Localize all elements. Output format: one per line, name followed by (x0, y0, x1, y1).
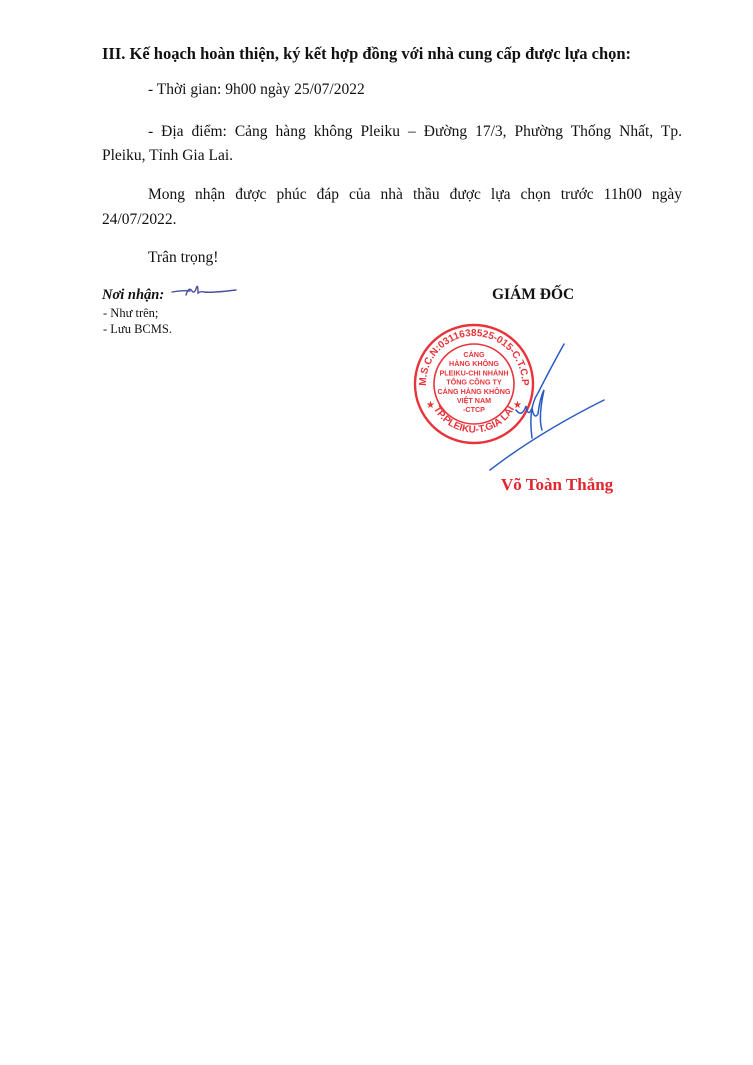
recipient-item: - Lưu BCMS. (103, 322, 172, 337)
director-signature-icon (488, 338, 608, 478)
location-line-1: - Địa điểm: Cảng hàng không Pleiku – Đườ… (148, 123, 682, 141)
svg-text:★: ★ (426, 400, 435, 411)
section-heading: III. Kế hoạch hoàn thiện, ký kết hợp đồn… (102, 44, 631, 64)
time-line: - Thời gian: 9h00 ngày 25/07/2022 (148, 81, 365, 99)
recipients-title: Nơi nhận: (102, 287, 164, 304)
closing-text: Trân trọng! (148, 249, 218, 267)
signature-title: GIÁM ĐỐC (492, 286, 574, 304)
initials-signature-icon (170, 279, 240, 299)
signer-name: Võ Toàn Thắng (501, 475, 613, 495)
request-line-2: 24/07/2022. (102, 211, 177, 229)
svg-text:CẢNG: CẢNG (463, 350, 485, 359)
svg-text:-CTCP: -CTCP (463, 405, 485, 414)
location-line-2: Pleiku, Tỉnh Gia Lai. (102, 147, 233, 165)
request-line-1: Mong nhận được phúc đáp của nhà thầu đượ… (148, 186, 682, 204)
svg-text:VIỆT NAM: VIỆT NAM (457, 396, 491, 405)
recipient-item: - Như trên; (103, 306, 158, 321)
